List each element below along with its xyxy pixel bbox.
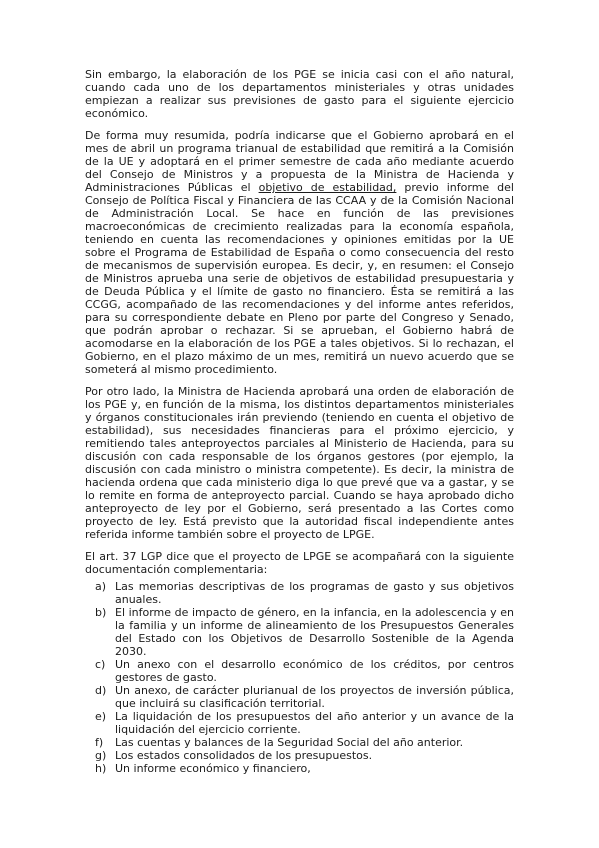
list-item-h: h) Un informe económico y financiero, [85,762,514,775]
list-item-text: Los estados consolidados de los presupue… [115,749,514,762]
list-item-text: Las cuentas y balances de la Seguridad S… [115,736,514,749]
list-item-text: Un anexo, de carácter plurianual de los … [115,684,514,710]
list-item-d: d) Un anexo, de carácter plurianual de l… [85,684,514,710]
paragraph-intro: Sin embargo, la elaboración de los PGE s… [85,68,514,120]
paragraph-art-37-lgp: El art. 37 LGP dice que el proyecto de L… [85,550,514,576]
list-item-c: c) Un anexo con el desarrollo económico … [85,658,514,684]
list-item-text: La liquidación de los presupuestos del a… [115,710,514,736]
list-item-text: Un anexo con el desarrollo económico de … [115,658,514,684]
list-marker: b) [95,606,115,658]
list-item-g: g) Los estados consolidados de los presu… [85,749,514,762]
list-item-b: b) El informe de impacto de género, en l… [85,606,514,658]
list-item-text: Un informe económico y financiero, [115,762,514,775]
paragraph-procedure: De forma muy resumida, podría indicarse … [85,129,514,376]
underlined-phrase-objetivo-estabilidad: objetivo de estabilidad, [259,181,397,194]
paragraph-orden-elaboracion: Por otro lado, la Ministra de Hacienda a… [85,385,514,541]
list-item-text: El informe de impacto de género, en la i… [115,606,514,658]
list-marker: g) [95,749,115,762]
list-item-text: Las memorias descriptivas de los program… [115,580,514,606]
document-page: Sin embargo, la elaboración de los PGE s… [0,0,599,848]
list-marker: d) [95,684,115,710]
document-content: Sin embargo, la elaboración de los PGE s… [85,68,514,775]
list-marker: f) [95,736,115,749]
list-marker: a) [95,580,115,606]
paragraph-procedure-text-after: previo informe del Consejo de Política F… [85,181,514,376]
list-marker: e) [95,710,115,736]
documentation-list: a) Las memorias descriptivas de los prog… [85,580,514,775]
list-item-e: e) La liquidación de los presupuestos de… [85,710,514,736]
list-marker: h) [95,762,115,775]
list-marker: c) [95,658,115,684]
list-item-f: f) Las cuentas y balances de la Segurida… [85,736,514,749]
list-item-a: a) Las memorias descriptivas de los prog… [85,580,514,606]
